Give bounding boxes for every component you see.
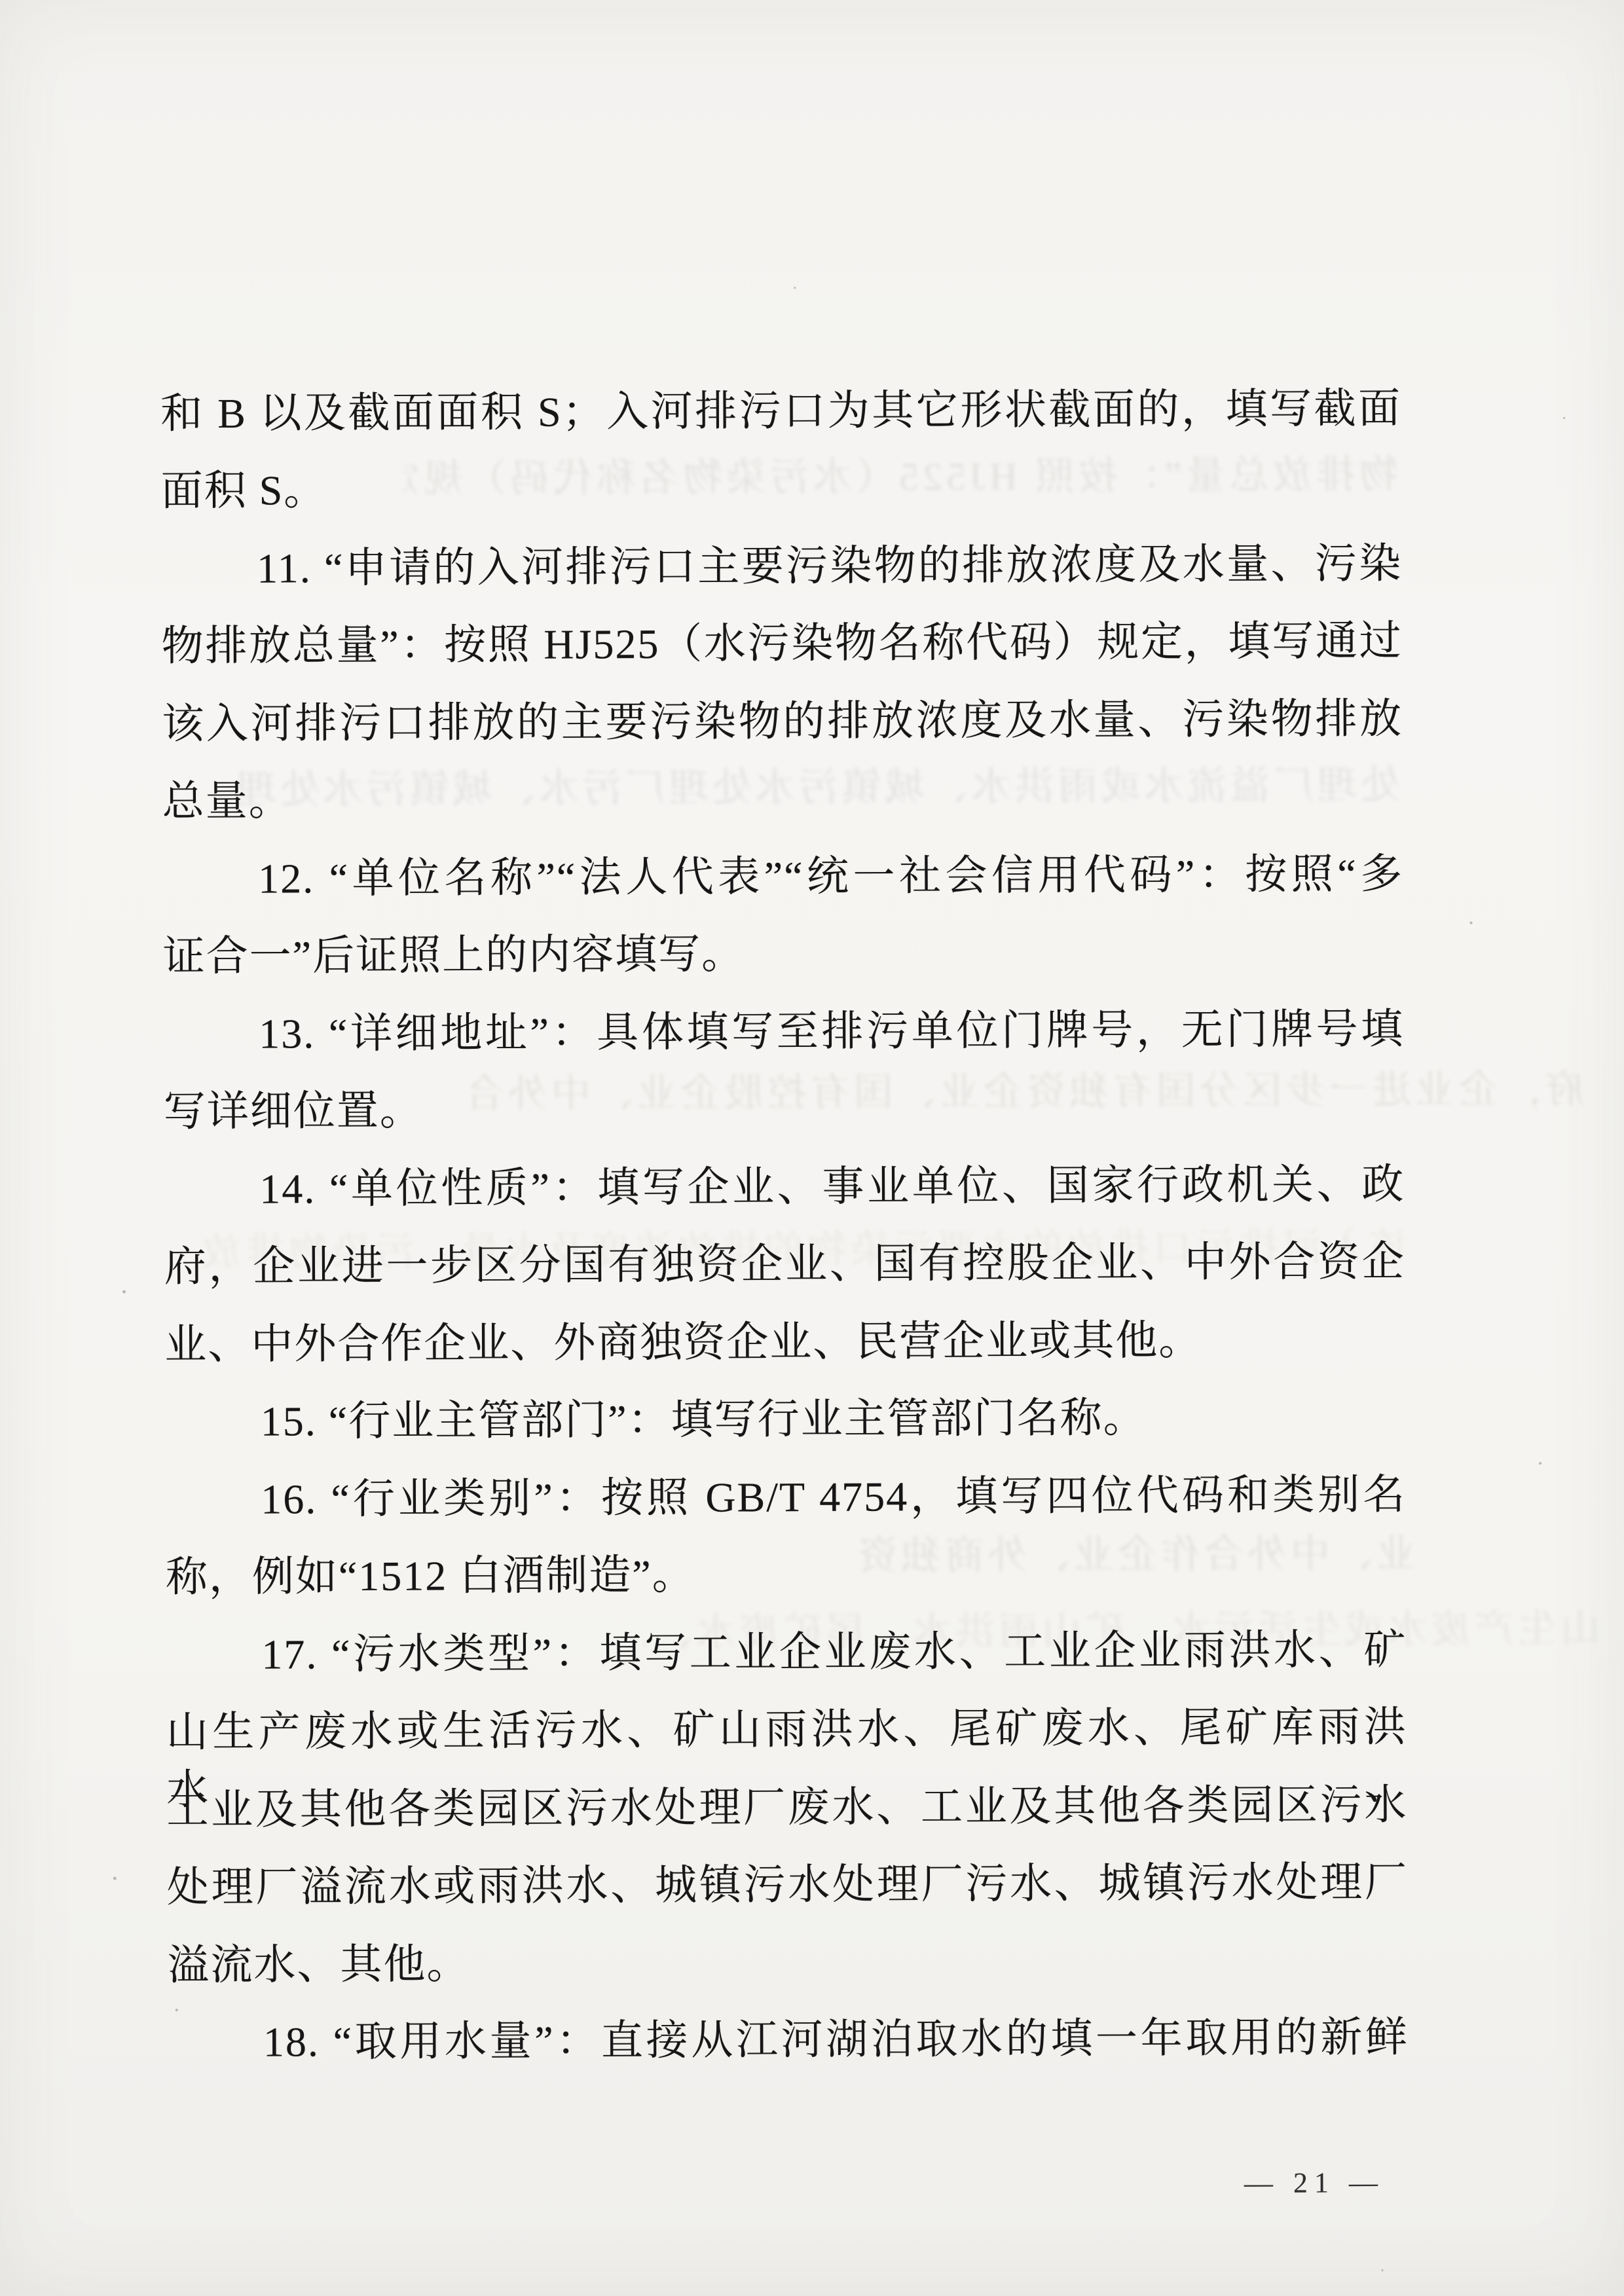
text-line: 物排放总量”：按照 HJ525（水污染物名称代码）规定，填写通过 — [161, 612, 1402, 675]
text-line: 总量。 — [162, 767, 1403, 830]
scan-speck — [1539, 1462, 1541, 1465]
scanned-document-page: 物排放总量”：按照 HJ525（水污染物名称代码）规定，填写通过 处理厂溢流水或… — [0, 0, 1624, 2296]
text-line: 写详细位置。 — [164, 1078, 1405, 1140]
page-number: — 21 — — [1196, 2166, 1432, 2200]
text-line: 称，例如“1512 白酒制造”。 — [166, 1543, 1407, 1606]
page-content: 物排放总量”：按照 HJ525（水污染物名称代码）规定，填写通过 处理厂溢流水或… — [0, 0, 1624, 2296]
scan-speck — [113, 1877, 117, 1880]
text-line: 15. “行业主管部门”：填写行业主管部门名称。 — [165, 1388, 1406, 1451]
text-line: 16. “行业类别”：按照 GB/T 4754，填写四位代码和类别名 — [165, 1466, 1406, 1529]
text-line: 12. “单位名称”“法人代表”“统一社会信用代码”：按照“多 — [162, 845, 1403, 908]
scan-speck — [794, 287, 796, 289]
text-line: 府，企业进一步区分国有独资企业、国有控股企业、中外合资企 — [164, 1233, 1405, 1296]
scan-speck — [1563, 417, 1565, 419]
text-line: 山生产废水或生活污水、矿山雨洪水、尾矿废水、尾矿库雨洪水、 — [166, 1698, 1407, 1761]
text-line: 溢流水、其他。 — [167, 1931, 1408, 1994]
text-line: 11. “申请的入河排污口主要污染物的排放浓度及水量、污染 — [161, 535, 1402, 598]
text-line: 工业及其他各类园区污水处理厂废水、工业及其他各类园区污水 — [166, 1776, 1407, 1839]
scan-speck — [175, 2009, 178, 2011]
text-line: 13. “详细地址”：具体填写至排污单位门牌号，无门牌号填 — [163, 1000, 1404, 1063]
text-line: 18. “取用水量”：直接从江河湖泊取水的填一年取用的新鲜 — [168, 2009, 1409, 2071]
text-line: 和 B 以及截面面积 S；入河排污口为其它形状截面的，填写截面 — [160, 380, 1401, 443]
scan-speck — [1470, 922, 1473, 924]
text-line: 业、中外合作企业、外商独资企业、民营企业或其他。 — [164, 1311, 1405, 1374]
text-line: 14. “单位性质”：填写企业、事业单位、国家行政机关、政 — [164, 1156, 1405, 1218]
text-line: 证合一”后证照上的内容填写。 — [163, 922, 1404, 985]
text-line: 面积 S。 — [160, 457, 1401, 520]
scan-speck — [1381, 2269, 1383, 2271]
text-line: 该入河排污口排放的主要污染物的排放浓度及水量、污染物排放 — [162, 690, 1403, 753]
text-line: 处理厂溢流水或雨洪水、城镇污水处理厂污水、城镇污水处理厂 — [167, 1853, 1408, 1916]
scan-speck — [122, 1290, 126, 1294]
text-line: 17. “污水类型”：填写工业企业废水、工业企业雨洪水、矿 — [166, 1621, 1407, 1684]
